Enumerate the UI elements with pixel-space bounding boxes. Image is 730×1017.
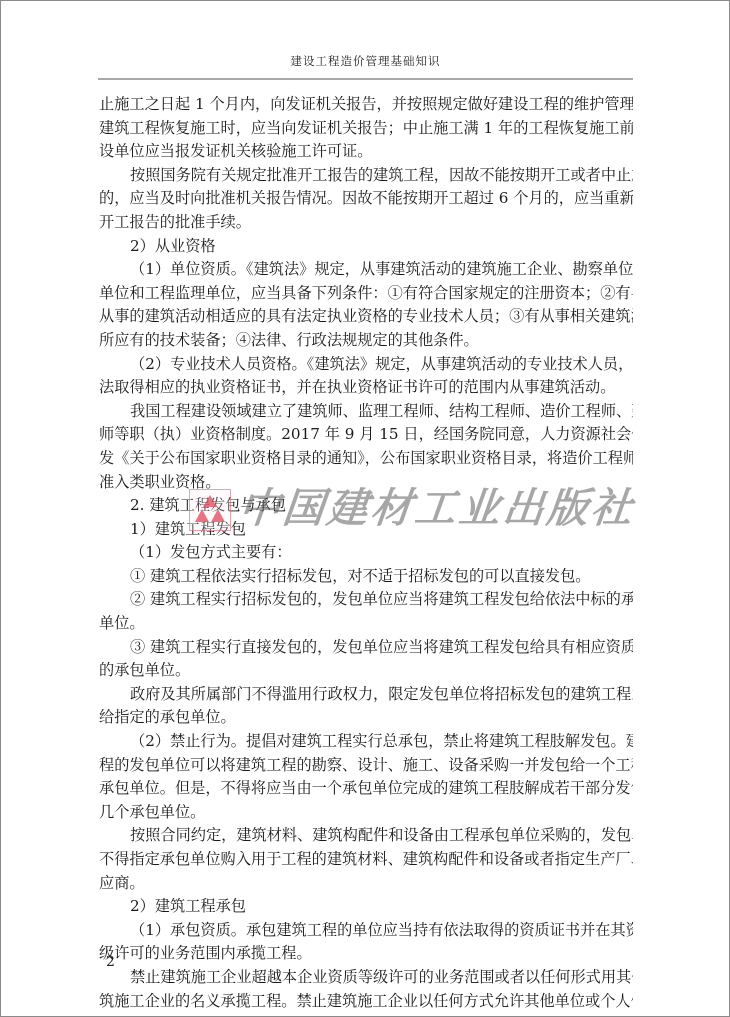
body-line: 所应有的技术装备；④法律、行政法规规定的其他条件。	[99, 329, 633, 353]
body-line: 准入类职业资格。	[99, 471, 633, 495]
body-line: （1）发包方式主要有：	[99, 541, 633, 565]
body-line: 按照国务院有关规定批准开工报告的建筑工程，因故不能按期开工或者中止施工	[99, 164, 633, 188]
body-line: 2）从业资格	[99, 235, 633, 259]
body-line: 设单位应当报发证机关核验施工许可证。	[99, 140, 633, 164]
body-line: 承包单位。但是，不得将应当由一个承包单位完成的建筑工程肢解成若干部分发包给	[99, 777, 633, 801]
body-line: 我国工程建设领域建立了建筑师、监理工程师、结构工程师、造价工程师、建造	[99, 400, 633, 424]
body-line: 开工报告的批准手续。	[99, 211, 633, 235]
page-number: 2	[106, 954, 115, 970]
body-line: 给指定的承包单位。	[99, 706, 633, 730]
body-line: 的，应当及时向批准机关报告情况。因故不能按期开工超过 6 个月的，应当重新办理	[99, 187, 633, 211]
running-header-title: 建设工程造价管理基础知识	[98, 53, 633, 69]
body-line: 不得指定承包单位购入用于工程的建筑材料、建筑构配件和设备或者指定生产厂、供	[99, 848, 633, 872]
body-line: 法取得相应的执业资格证书，并在执业资格证书许可的范围内从事建筑活动。	[99, 376, 633, 400]
body-line: 建筑工程恢复施工时，应当向发证机关报告；中止施工满 1 年的工程恢复施工前，建	[99, 117, 633, 141]
body-line: 1）建筑工程发包	[99, 518, 633, 542]
body-line: （1）承包资质。承包建筑工程的单位应当持有依法取得的资质证书并在其资质等	[99, 919, 633, 943]
body-line: 禁止建筑施工企业超越本企业资质等级许可的业务范围或者以任何形式用其他建	[99, 966, 633, 990]
body-line: 2）建筑工程承包	[99, 895, 633, 919]
body-line: 师等职（执）业资格制度。2017 年 9 月 15 日，经国务院同意，人力资源社…	[99, 423, 633, 447]
body-line: ② 建筑工程实行招标发包的，发包单位应当将建筑工程发包给依法中标的承包	[99, 588, 633, 612]
body-line: 的承包单位。	[99, 659, 633, 683]
body-line: 应商。	[99, 872, 633, 896]
header-rule-divider	[98, 78, 633, 80]
body-line: （2）禁止行为。提倡对建筑工程实行总承包，禁止将建筑工程肢解发包。建筑工	[99, 730, 633, 754]
body-text: 止施工之日起 1 个月内，向发证机关报告，并按照规定做好建设工程的维护管理工作。…	[99, 93, 633, 1013]
document-page: 建设工程造价管理基础知识 止施工之日起 1 个月内，向发证机关报告，并按照规定做…	[0, 0, 730, 1017]
body-line: 止施工之日起 1 个月内，向发证机关报告，并按照规定做好建设工程的维护管理工作。	[99, 93, 633, 117]
body-line: 2. 建筑工程发包与承包	[99, 494, 633, 518]
body-line: 政府及其所属部门不得滥用行政权力，限定发包单位将招标发包的建筑工程发包	[99, 683, 633, 707]
body-line: ③ 建筑工程实行直接发包的，发包单位应当将建筑工程发包给具有相应资质条件	[99, 636, 633, 660]
body-line: （2）专业技术人员资格。《建筑法》规定，从事建筑活动的专业技术人员，应当依	[99, 353, 633, 377]
body-line: 从事的建筑活动相适应的具有法定执业资格的专业技术人员；③有从事相关建筑活动	[99, 305, 633, 329]
body-line: 按照合同约定，建筑材料、建筑构配件和设备由工程承包单位采购的，发包单位	[99, 824, 633, 848]
body-line: 发《关于公布国家职业资格目录的通知》，公布国家职业资格目录，将造价工程师列入	[99, 447, 633, 471]
body-line: 级许可的业务范围内承揽工程。	[99, 942, 633, 966]
body-line: 几个承包单位。	[99, 801, 633, 825]
body-line: 程的发包单位可以将建筑工程的勘察、设计、施工、设备采购一并发包给一个工程总	[99, 754, 633, 778]
body-line: （1）单位资质。《建筑法》规定，从事建筑活动的建筑施工企业、勘察单位、设计	[99, 258, 633, 282]
body-line: 单位。	[99, 612, 633, 636]
body-line: ① 建筑工程依法实行招标发包，对不适于招标发包的可以直接发包。	[99, 565, 633, 589]
body-line: 单位和工程监理单位，应当具备下列条件：①有符合国家规定的注册资本；②有与其	[99, 282, 633, 306]
body-line: 筑施工企业的名义承揽工程。禁止建筑施工企业以任何方式允许其他单位或个人使用	[99, 990, 633, 1014]
